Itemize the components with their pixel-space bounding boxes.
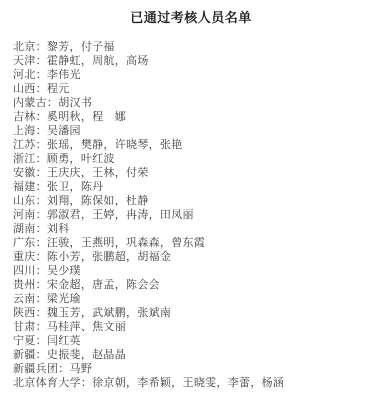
list-item: 北京体育大学：徐京朝，李希颖，王晓雯，李蕾，杨涵	[13, 376, 369, 390]
names-text: 魏玉芳，武斌鹏，张斌南	[47, 306, 171, 319]
list-item: 山东：刘翔，陈保如，杜静	[13, 194, 369, 208]
region-label: 安徽	[13, 166, 36, 179]
region-label: 广东	[13, 236, 36, 249]
list-item: 内蒙古：胡汉书	[13, 96, 369, 110]
list-item: 新疆兵团：马野	[13, 362, 369, 376]
colon-separator: ：	[36, 250, 47, 263]
list-item: 天津：霍静虹，周航，高场	[13, 54, 369, 68]
region-label: 四川	[13, 264, 36, 277]
pass-list: 北京：黎芳，付子福天津：霍静虹，周航，高场河北：李伟光山西：程元内蒙古：胡汉书吉…	[13, 40, 369, 390]
list-item: 重庆：陈小芳，张鹏超，胡福金	[13, 250, 369, 264]
colon-separator: ：	[36, 152, 47, 165]
names-text: 霍静虹，周航，高场	[47, 54, 149, 67]
colon-separator: ：	[36, 278, 47, 291]
names-text: 张瑶，樊静，许晓琴，张艳	[47, 138, 183, 151]
colon-separator: ：	[36, 320, 47, 333]
names-text: 张卫，陈丹	[47, 180, 104, 193]
list-item: 吉林：奚明秋，程 娜	[13, 110, 369, 124]
names-text: 郭淑君，王婷，冉涛，田凤丽	[47, 208, 194, 221]
region-label: 山西	[13, 82, 36, 95]
region-label: 湖南	[13, 222, 36, 235]
region-label: 贵州	[13, 278, 36, 291]
region-label: 甘肃	[13, 320, 36, 333]
list-item: 广东：汪骏，王燕明，巩森森，曾东霞	[13, 236, 369, 250]
colon-separator: ：	[36, 222, 47, 235]
colon-separator: ：	[36, 124, 47, 137]
region-label: 福建	[13, 180, 36, 193]
names-text: 史振斐，赵晶晶	[47, 348, 126, 361]
colon-separator: ：	[36, 236, 47, 249]
region-label: 上海	[13, 124, 36, 137]
names-text: 程元	[47, 82, 70, 95]
colon-separator: ：	[36, 306, 47, 319]
names-text: 李伟光	[47, 68, 81, 81]
colon-separator: ：	[36, 54, 47, 67]
region-label: 山东	[13, 194, 36, 207]
colon-separator: ：	[36, 82, 47, 95]
list-item: 山西：程元	[13, 82, 369, 96]
names-text: 奚明秋，程 娜	[47, 110, 126, 123]
list-item: 新疆：史振斐，赵晶晶	[13, 348, 369, 362]
names-text: 吴潘园	[47, 124, 81, 137]
region-label: 重庆	[13, 250, 36, 263]
region-label: 河北	[13, 68, 36, 81]
colon-separator: ：	[36, 40, 47, 53]
region-label: 云南	[13, 292, 36, 305]
list-item: 陕西：魏玉芳，武斌鹏，张斌南	[13, 306, 369, 320]
names-text: 刘科	[47, 222, 70, 235]
region-label: 北京体育大学	[13, 376, 81, 389]
list-item: 江苏：张瑶，樊静，许晓琴，张艳	[13, 138, 369, 152]
names-text: 宋金超，唐孟，陈会会	[47, 278, 160, 291]
region-label: 新疆兵团	[13, 362, 58, 375]
names-text: 马桂萍、焦文丽	[47, 320, 126, 333]
region-label: 河南	[13, 208, 36, 221]
list-item: 浙江：顾勇，叶红波	[13, 152, 369, 166]
names-text: 马野	[70, 362, 93, 375]
names-text: 王庆庆，王林，付荣	[47, 166, 149, 179]
list-item: 宁夏：闫红英	[13, 334, 369, 348]
names-text: 闫红英	[47, 334, 81, 347]
list-item: 上海：吴潘园	[13, 124, 369, 138]
names-text: 梁光瑜	[47, 292, 81, 305]
document-page: 已通过考核人员名单 北京：黎芳，付子福天津：霍静虹，周航，高场河北：李伟光山西：…	[0, 0, 381, 399]
region-label: 新疆	[13, 348, 36, 361]
colon-separator: ：	[36, 194, 47, 207]
list-item: 河北：李伟光	[13, 68, 369, 82]
list-item: 河南：郭淑君，王婷，冉涛，田凤丽	[13, 208, 369, 222]
region-label: 宁夏	[13, 334, 36, 347]
list-item: 安徽：王庆庆，王林，付荣	[13, 166, 369, 180]
page-title: 已通过考核人员名单	[13, 11, 369, 27]
list-item: 湖南：刘科	[13, 222, 369, 236]
names-text: 汪骏，王燕明，巩森森，曾东霞	[47, 236, 205, 249]
colon-separator: ：	[36, 180, 47, 193]
colon-separator: ：	[36, 138, 47, 151]
list-item: 甘肃：马桂萍、焦文丽	[13, 320, 369, 334]
list-item: 贵州：宋金超，唐孟，陈会会	[13, 278, 369, 292]
colon-separator: ：	[36, 348, 47, 361]
region-label: 陕西	[13, 306, 36, 319]
list-item: 北京：黎芳，付子福	[13, 40, 369, 54]
colon-separator: ：	[36, 208, 47, 221]
colon-separator: ：	[36, 166, 47, 179]
colon-separator: ：	[36, 68, 47, 81]
colon-separator: ：	[36, 334, 47, 347]
list-item: 福建：张卫，陈丹	[13, 180, 369, 194]
colon-separator: ：	[36, 110, 47, 123]
colon-separator: ：	[36, 264, 47, 277]
colon-separator: ：	[47, 96, 58, 109]
colon-separator: ：	[36, 292, 47, 305]
region-label: 江苏	[13, 138, 36, 151]
names-text: 顾勇，叶红波	[47, 152, 115, 165]
names-text: 吴少璞	[47, 264, 81, 277]
colon-separator: ：	[58, 362, 69, 375]
names-text: 黎芳，付子福	[47, 40, 115, 53]
region-label: 内蒙古	[13, 96, 47, 109]
names-text: 胡汉书	[58, 96, 92, 109]
region-label: 浙江	[13, 152, 36, 165]
names-text: 陈小芳，张鹏超，胡福金	[47, 250, 171, 263]
region-label: 天津	[13, 54, 36, 67]
names-text: 徐京朝，李希颖，王晓雯，李蕾，杨涵	[92, 376, 284, 389]
region-label: 吉林	[13, 110, 36, 123]
colon-separator: ：	[81, 376, 92, 389]
list-item: 云南：梁光瑜	[13, 292, 369, 306]
names-text: 刘翔，陈保如，杜静	[47, 194, 149, 207]
region-label: 北京	[13, 40, 36, 53]
list-item: 四川：吴少璞	[13, 264, 369, 278]
